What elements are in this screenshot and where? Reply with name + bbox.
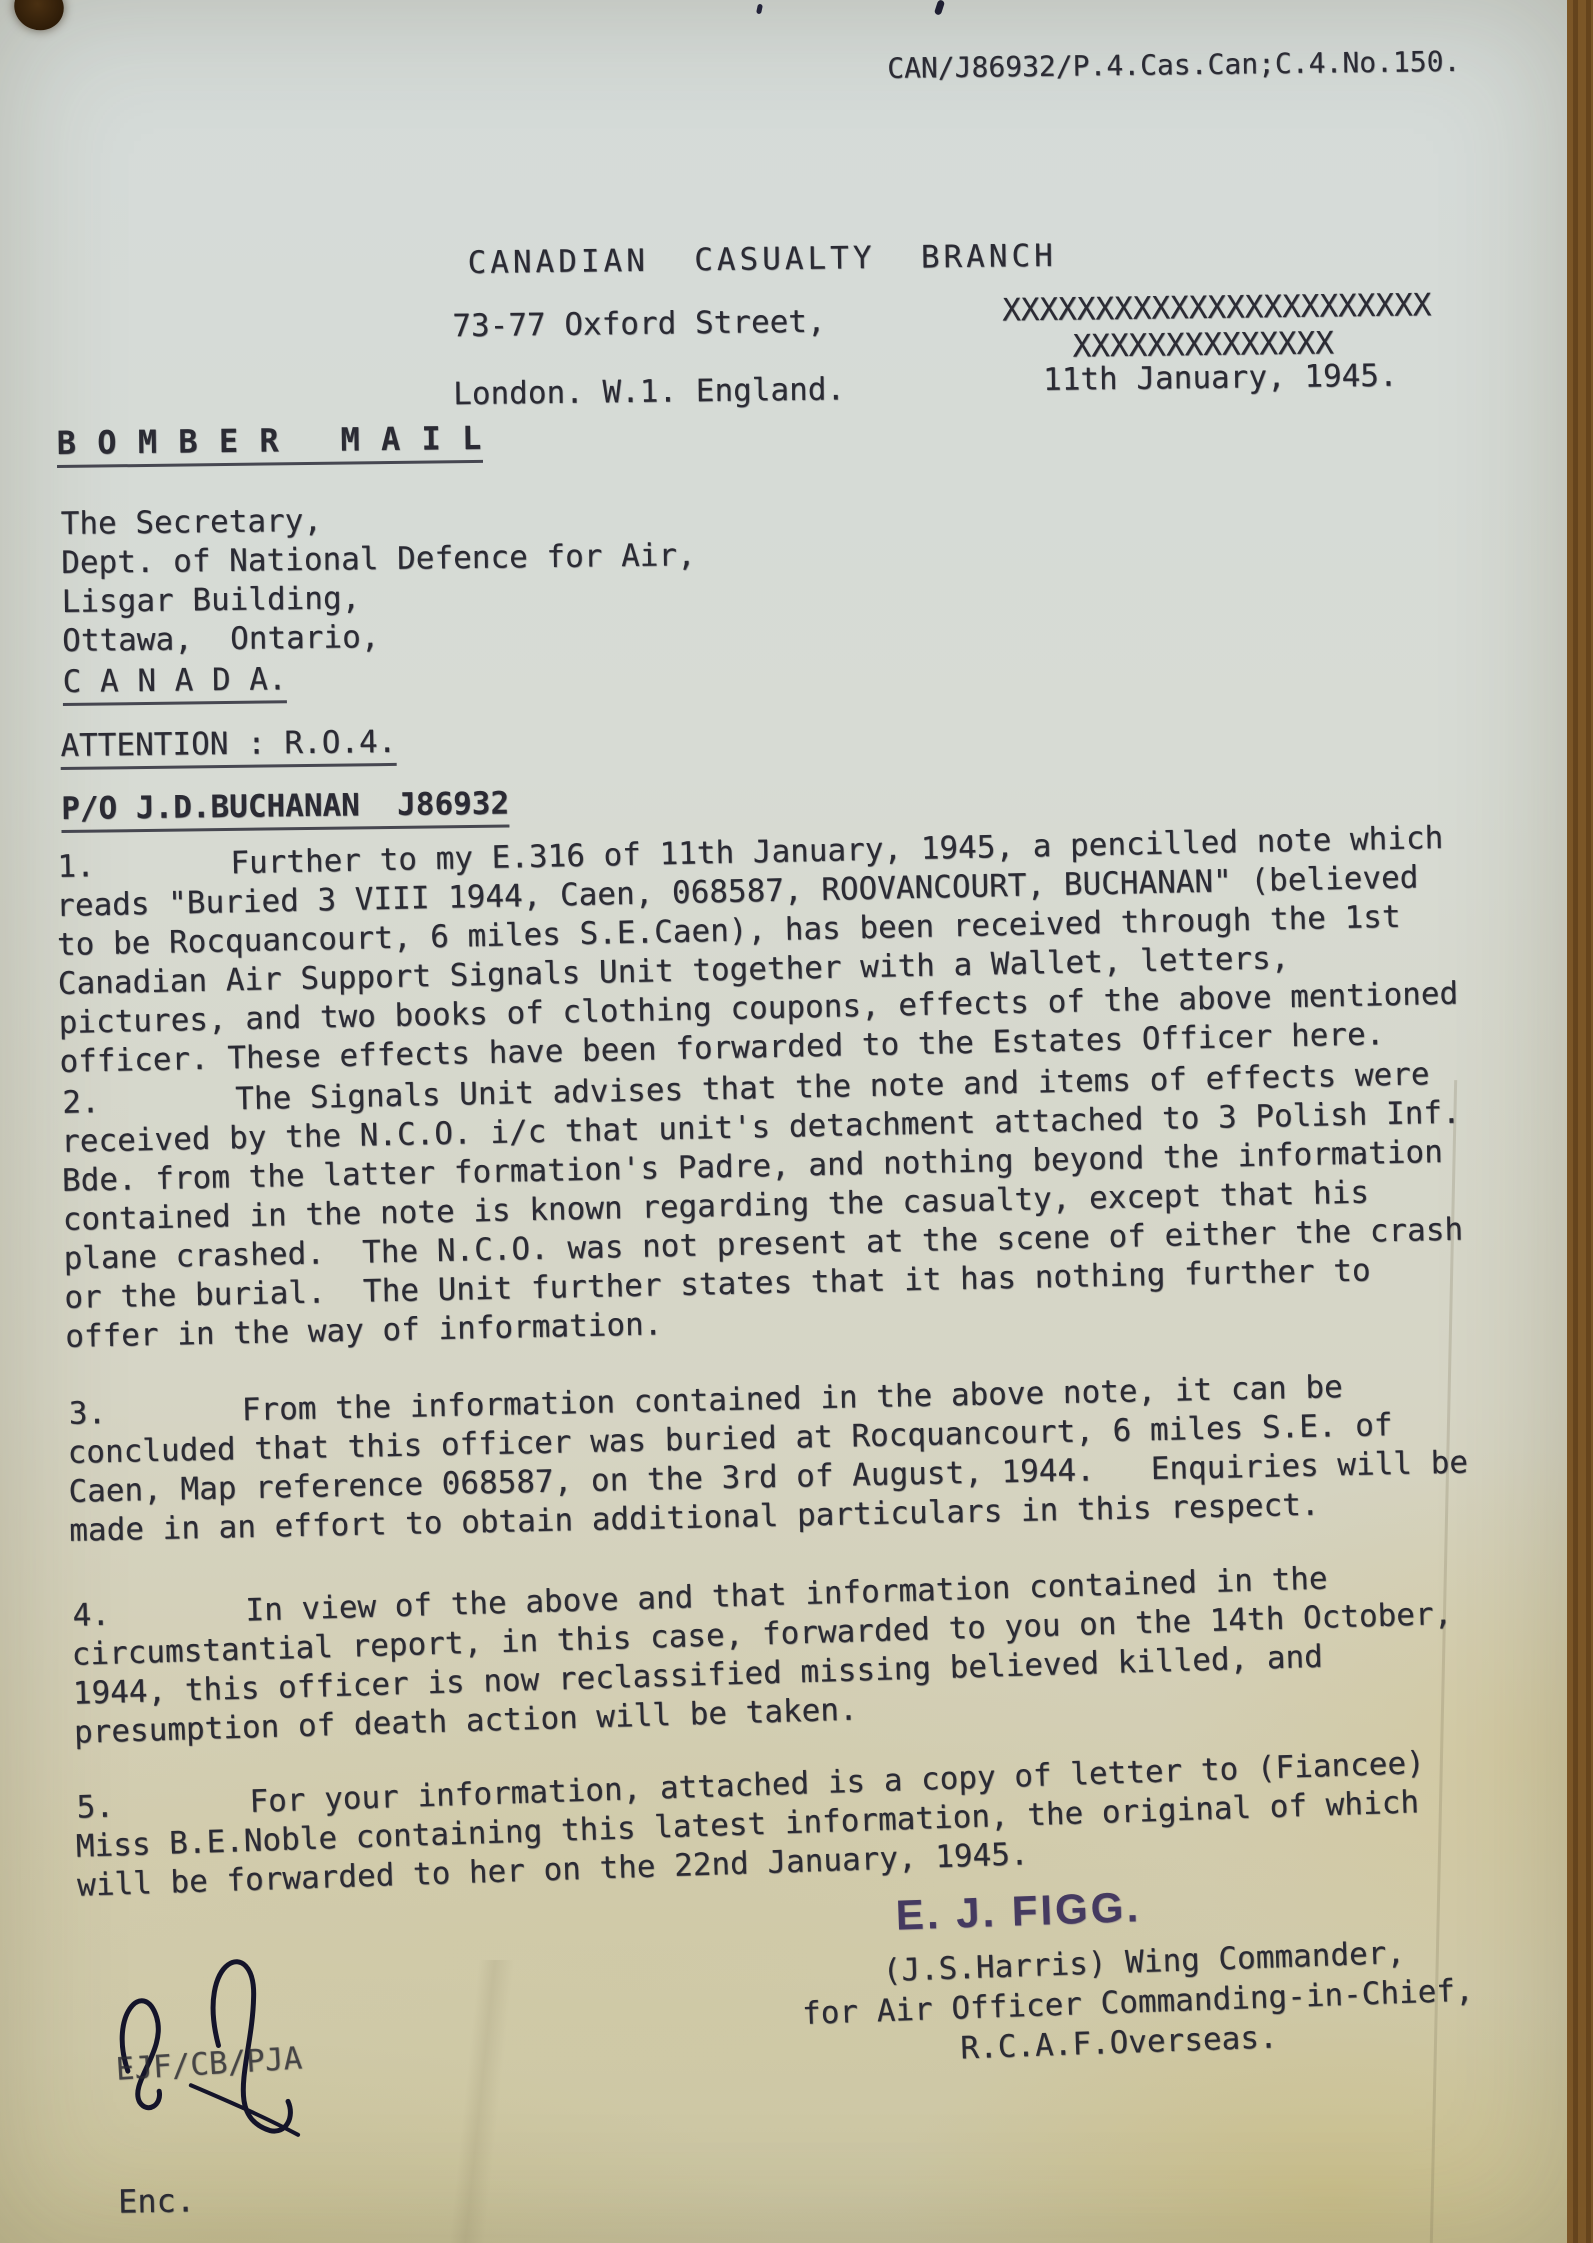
mail-type-heading: B O M B E R M A I L — [57, 419, 483, 468]
letterhead: CAN/J86932/P.4.Cas.Can;C.4.No.150. CANAD… — [0, 0, 1563, 1]
photo-of-letter: { "colors": { "paper_top": "#d5dbd9", "p… — [0, 0, 1593, 2243]
address-street: 73-77 Oxford Street, — [452, 303, 826, 347]
file-reference: CAN/J86932/P.4.Cas.Can;C.4.No.150. — [887, 45, 1461, 85]
ink-speck — [934, 0, 945, 16]
paragraph-text: In view of the above and that informatio… — [70, 1555, 1474, 1752]
letter-body: 1. Further to my E.316 of 11th January, … — [55, 819, 1477, 1906]
letter-date: 11th January, 1945. — [1043, 357, 1398, 400]
paragraph-number: 2. — [62, 1083, 100, 1123]
redacted-line: XXXXXXXXXXXXXXXXXXXXXXX — [1002, 286, 1432, 330]
ink-speck — [756, 4, 763, 15]
paragraph-3: 3. From the information contained in the… — [66, 1366, 1469, 1551]
paragraph-number: 5. — [76, 1788, 115, 1828]
handwritten-signature — [89, 1918, 353, 2163]
paragraph-number: 4. — [72, 1596, 110, 1636]
paragraph-number: 1. — [57, 847, 95, 887]
address-city: London. W.1. England. — [453, 370, 845, 414]
recipient-address: The Secretary, Dept. of National Defence… — [61, 497, 698, 702]
paragraph-4: 4. In view of the above and that informa… — [70, 1555, 1474, 1752]
paragraph-text: The Signals Unit advises that the note a… — [60, 1055, 1465, 1357]
enclosure-note: Enc. — [118, 2181, 196, 2220]
signature-block: E. J. FIGG. (J.S.Harris) Wing Commander,… — [770, 1872, 1477, 2096]
branch-title: CANADIAN CASUALTY BRANCH — [467, 238, 1057, 281]
recipient-line: Ottawa, Ontario, — [62, 614, 697, 661]
recipient-country: C A N A D A. — [62, 661, 286, 706]
paragraph-number: 3. — [68, 1394, 106, 1434]
recipient-line: Dept. of National Defence for Air, — [61, 536, 696, 583]
paragraph-text: From the information contained in the ab… — [66, 1366, 1469, 1551]
attention-line: ATTENTION : R.O.4. — [60, 723, 396, 766]
punch-hole — [8, 0, 71, 37]
subject-line: P/O J.D.BUCHANAN J86932 — [61, 785, 509, 829]
paragraph-text: Further to my E.316 of 11th January, 194… — [55, 819, 1460, 1082]
name-stamp: E. J. FIGG. — [895, 1883, 1142, 1940]
paragraph-2: 2. The Signals Unit advises that the not… — [60, 1055, 1465, 1357]
paragraph-1: 1. Further to my E.316 of 11th January, … — [55, 819, 1460, 1082]
letter-paper: CAN/J86932/P.4.Cas.Can;C.4.No.150. CANAD… — [0, 0, 1567, 2243]
